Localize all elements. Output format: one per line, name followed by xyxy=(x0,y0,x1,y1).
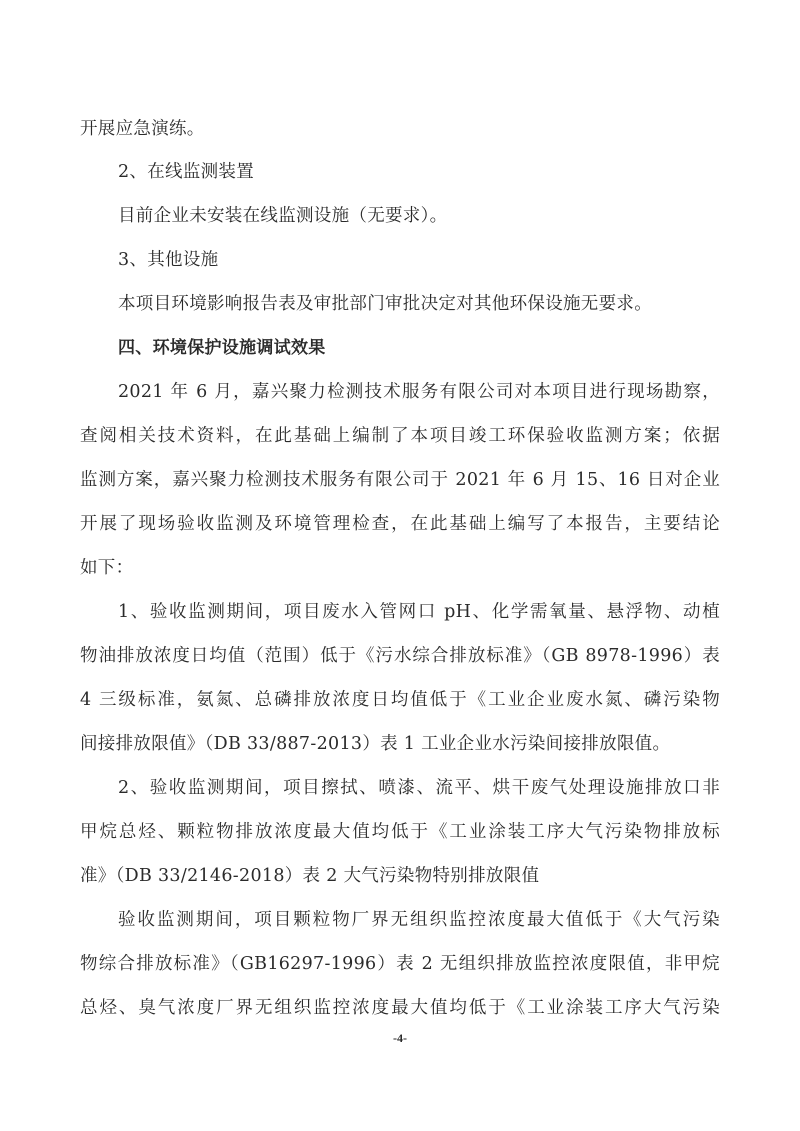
paragraph-line: 监测方案，嘉兴聚力检测技术服务有限公司于 2021 年 6 月 15、16 日对… xyxy=(80,468,720,492)
paragraph-line: 如下： xyxy=(80,556,720,580)
conclusion-2-line: 准》（DB 33/2146-2018）表 2 大气污染物特别排放限值 xyxy=(80,864,720,888)
conclusion-1-line: 4 三级标准，氨氮、总磷排放浓度日均值低于《工业企业废水氮、磷污染物 xyxy=(80,688,720,712)
conclusion-2-line: 甲烷总烃、颗粒物排放浓度最大值均低于《工业涂装工序大气污染物排放标 xyxy=(80,820,720,844)
conclusion-1-line: 物油排放浓度日均值（范围）低于《污水综合排放标准》（GB 8978-1996）表 xyxy=(80,644,720,668)
subheading-online-monitoring: 2、在线监测装置 xyxy=(118,160,758,184)
text-line: 目前企业未安装在线监测设施（无要求）。 xyxy=(118,204,758,228)
paragraph-line: 2021 年 6 月，嘉兴聚力检测技术服务有限公司对本项目进行现场勘察， xyxy=(118,380,720,404)
section-heading: 四、环境保护设施调试效果 xyxy=(118,336,758,360)
subheading-other-facilities: 3、其他设施 xyxy=(118,248,758,272)
paragraph-line: 查阅相关技术资料，在此基础上编制了本项目竣工环保验收监测方案；依据 xyxy=(80,424,720,448)
conclusion-2b-line: 总烃、臭气浓度厂界无组织监控浓度最大值均低于《工业涂装工序大气污染 xyxy=(80,996,720,1020)
paragraph-line: 开展了现场验收监测及环境管理检查，在此基础上编写了本报告，主要结论 xyxy=(80,512,720,536)
conclusion-2-line: 2、验收监测期间，项目擦拭、喷漆、流平、烘干废气处理设施排放口非 xyxy=(118,776,720,800)
text-line: 本项目环境影响报告表及审批部门审批决定对其他环保设施无要求。 xyxy=(118,292,758,316)
conclusion-1-line: 1、验收监测期间，项目废水入管网口 pH、化学需氧量、悬浮物、动植 xyxy=(118,600,720,624)
document-page: 开展应急演练。 2、在线监测装置 目前企业未安装在线监测设施（无要求）。 3、其… xyxy=(0,0,800,1131)
text-line-continuation: 开展应急演练。 xyxy=(80,117,720,141)
page-number: -4- xyxy=(0,1031,800,1046)
conclusion-2b-line: 物综合排放标准》（GB16297-1996）表 2 无组织排放监控浓度限值，非甲… xyxy=(80,952,720,976)
conclusion-2b-line: 验收监测期间，项目颗粒物厂界无组织监控浓度最大值低于《大气污染 xyxy=(118,908,720,932)
conclusion-1-line: 间接排放限值》（DB 33/887-2013）表 1 工业企业水污染间接排放限值… xyxy=(80,732,720,756)
